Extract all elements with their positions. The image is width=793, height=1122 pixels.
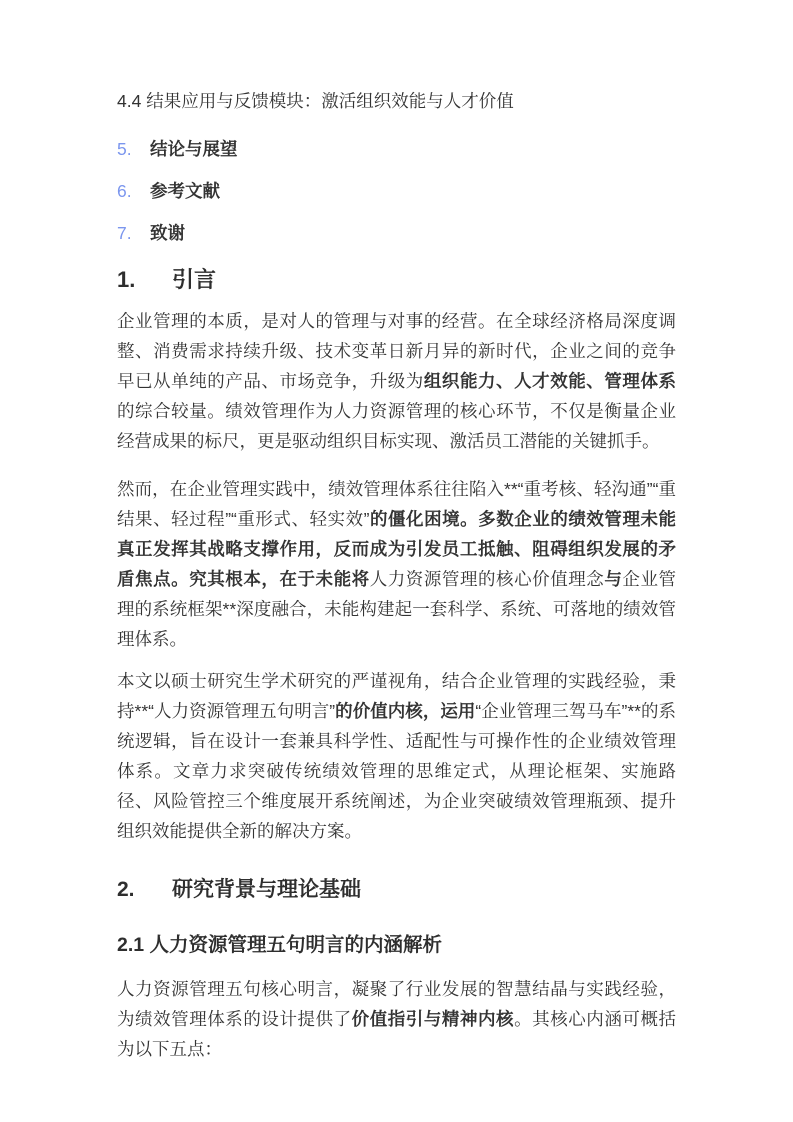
text-run-bold: 价值指引与精神内核 bbox=[352, 1009, 514, 1029]
heading-number: 1. bbox=[117, 264, 172, 296]
heading-title: 引言 bbox=[172, 267, 216, 292]
subsection-heading-2-1: 2.1 人力资源管理五句明言的内涵解析 bbox=[117, 930, 676, 960]
page-content: 4.4 结果应用与反馈模块：激活组织效能与人才价值 5. 结论与展望 6. 参考… bbox=[117, 0, 676, 1064]
toc-item-5: 5. 结论与展望 bbox=[117, 134, 676, 164]
section-heading-introduction: 1.引言 bbox=[117, 264, 676, 296]
paragraph-intro-3: 本文以硕士研究生学术研究的严谨视角，结合企业管理的实践经验，秉持**“人力资源管… bbox=[117, 666, 676, 846]
toc-item-7: 7. 致谢 bbox=[117, 218, 676, 248]
toc-item-6: 6. 参考文献 bbox=[117, 176, 676, 206]
paragraph-background-1: 人力资源管理五句核心明言，凝聚了行业发展的智慧结晶与实践经验，为绩效管理体系的设… bbox=[117, 974, 676, 1064]
heading-title: 研究背景与理论基础 bbox=[172, 878, 361, 901]
paragraph-intro-2: 然而，在企业管理实践中，绩效管理体系往往陷入**“重考核、轻沟通”“重结果、轻过… bbox=[117, 474, 676, 654]
heading-number: 2. bbox=[117, 874, 172, 906]
text-run: 人力资源管理的核心价值理念 bbox=[370, 569, 605, 589]
text-run-bold: 的价值内核，运用 bbox=[335, 701, 475, 721]
toc-list: 5. 结论与展望 6. 参考文献 7. 致谢 bbox=[117, 134, 676, 248]
text-run-bold: 与 bbox=[604, 569, 622, 589]
toc-item-label: 参考文献 bbox=[150, 176, 220, 206]
toc-item-label: 结论与展望 bbox=[150, 134, 238, 164]
text-run-bold: 组织能力、人才效能、管理体系 bbox=[424, 371, 676, 391]
section-heading-background: 2.研究背景与理论基础 bbox=[117, 874, 676, 906]
toc-item-4-4: 4.4 结果应用与反馈模块：激活组织效能与人才价值 bbox=[117, 86, 676, 116]
toc-item-label: 致谢 bbox=[150, 218, 185, 248]
toc-item-number: 6. bbox=[117, 176, 150, 206]
toc-item-number: 7. bbox=[117, 218, 150, 248]
toc-item-number: 5. bbox=[117, 134, 150, 164]
text-run: “企业管理三驾马车”**的系统逻辑，旨在设计一套兼具科学性、适配性与可操作性的企… bbox=[117, 701, 676, 841]
text-run: 的综合较量。绩效管理作为人力资源管理的核心环节，不仅是衡量企业经营成果的标尺，更… bbox=[117, 401, 676, 451]
paragraph-intro-1: 企业管理的本质，是对人的管理与对事的经营。在全球经济格局深度调整、消费需求持续升… bbox=[117, 306, 676, 456]
document-page: 4.4 结果应用与反馈模块：激活组织效能与人才价值 5. 结论与展望 6. 参考… bbox=[0, 0, 793, 1122]
